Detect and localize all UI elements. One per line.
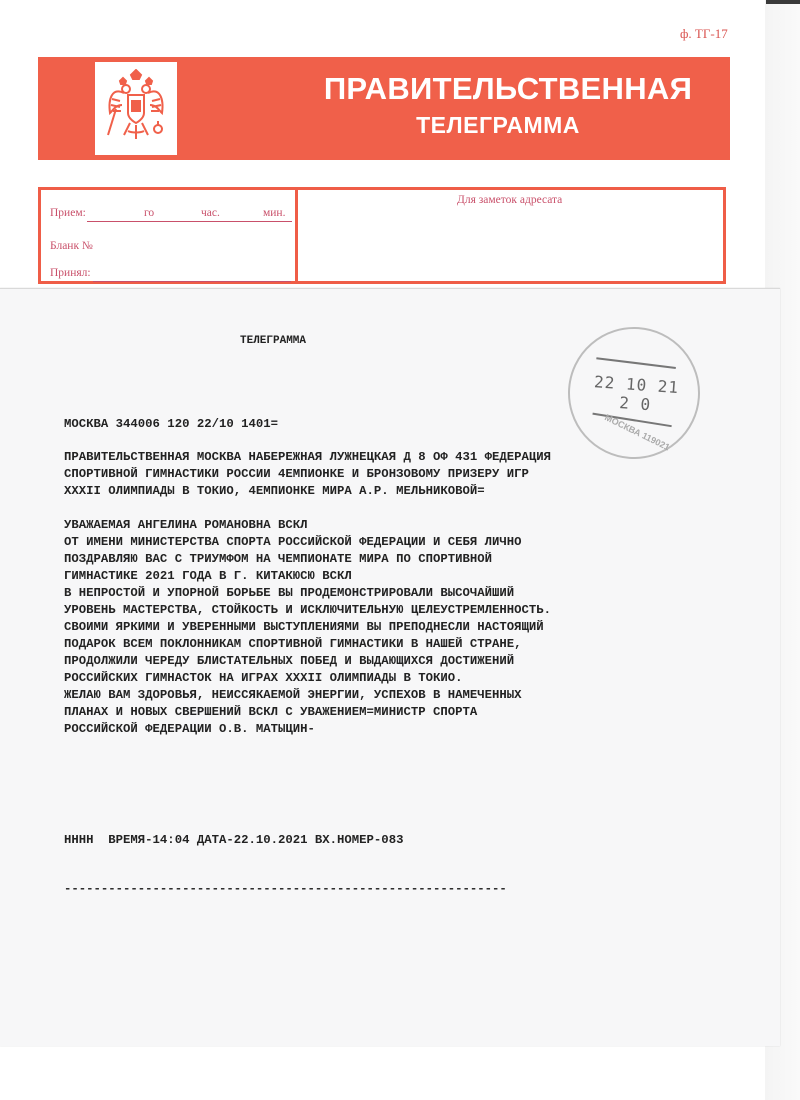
received-field-line[interactable] <box>87 221 292 222</box>
origin-line: МОСКВА 344006 120 22/10 1401= <box>64 416 278 433</box>
footer-line: НННН ВРЕМЯ-14:04 ДАТА-22.10.2021 ВХ.НОМЕ… <box>64 832 403 849</box>
header-subtitle: ТЕЛЕГРАММА <box>338 112 658 139</box>
body-line: УРОВЕНЬ МАСТЕРСТВА, СТОЙКОСТЬ И ИСКЛЮЧИТ… <box>64 602 551 619</box>
body-line: ГИМНАСТИКЕ 2021 ГОДА В Г. КИТАКЮСЮ ВСКЛ <box>64 568 352 585</box>
blank-number-label: Бланк № <box>50 240 93 252</box>
address-line: ПРАВИТЕЛЬСТВЕННАЯ МОСКВА НАБЕРЕЖНАЯ ЛУЖН… <box>64 449 551 466</box>
telegram-title: ТЕЛЕГРАММА <box>240 335 306 347</box>
stamp-line-top <box>596 357 676 368</box>
telegram-tape: ТЕЛЕГРАММА 22 10 21 2 0 МОСКВА 119021 МО… <box>0 288 780 1046</box>
stamp-city: МОСКВА 119021 <box>599 410 675 454</box>
accepted-label: Принял: <box>50 267 91 279</box>
day-label: го <box>144 207 154 219</box>
body-line: В НЕПРОСТОЙ И УПОРНОЙ БОРЬБЕ ВЫ ПРОДЕМОН… <box>64 585 514 602</box>
postmark-stamp: 22 10 21 2 0 МОСКВА 119021 <box>564 323 705 464</box>
header-band: ПРАВИТЕЛЬСТВЕННАЯ ТЕЛЕГРАММА <box>38 57 730 160</box>
body-line: УВАЖАЕМАЯ АНГЕЛИНА РОМАНОВНА ВСКЛ <box>64 517 308 534</box>
accepted-field-line[interactable] <box>93 281 291 282</box>
body-line: ЖЕЛАЮ ВАМ ЗДОРОВЬЯ, НЕИССЯКАЕМОЙ ЭНЕРГИИ… <box>64 687 522 704</box>
stamp-date: 22 10 21 2 0 <box>587 372 685 417</box>
min-label: мин. <box>263 207 285 219</box>
body-line: ПЛАНАХ И НОВЫХ СВЕРШЕНИЙ ВСКЛ С УВАЖЕНИЕ… <box>64 704 477 721</box>
russian-coat-of-arms-icon <box>104 69 168 149</box>
form-code: ф. ТГ-17 <box>680 26 728 42</box>
body-line: РОССИЙСКИХ ГИМНАСТОК НА ИГРАХ XXXII ОЛИМ… <box>64 670 462 687</box>
emblem-box <box>95 62 177 155</box>
body-line: ОТ ИМЕНИ МИНИСТЕРСТВА СПОРТА РОССИЙСКОЙ … <box>64 534 522 551</box>
scan-edge-dark <box>766 0 800 4</box>
body-line: ПРОДОЛЖИЛИ ЧЕРЕДУ БЛИСТАТЕЛЬНЫХ ПОБЕД И … <box>64 653 514 670</box>
header-title: ПРАВИТЕЛЬСТВЕННАЯ <box>308 71 708 107</box>
body-line: ПОДАРОК ВСЕМ ПОКЛОННИКАМ СПОРТИВНОЙ ГИМН… <box>64 636 522 653</box>
notes-label: Для заметок адресата <box>457 194 562 206</box>
reception-divider <box>295 190 298 281</box>
body-line: РОССИЙСКОЙ ФЕДЕРАЦИИ О.В. МАТЫЦИН- <box>64 721 315 738</box>
body-line: СВОИМИ ЯРКИМИ И УВЕРЕННЫМИ ВЫСТУПЛЕНИЯМИ… <box>64 619 544 636</box>
body-line: ПОЗДРАВЛЯЮ ВАС С ТРИУМФОМ НА ЧЕМПИОНАТЕ … <box>64 551 492 568</box>
received-label: Прием: <box>50 207 86 219</box>
address-line: XXXII ОЛИМПИАДЫ В ТОКИО, 4ЕМПИОНКЕ МИРА … <box>64 483 485 500</box>
address-line: СПОРТИВНОЙ ГИМНАСТИКИ РОССИИ 4ЕМПИОНКЕ И… <box>64 466 529 483</box>
hour-label: час. <box>201 207 220 219</box>
separator-line: ----------------------------------------… <box>64 882 507 896</box>
reception-box: Прием: го час. мин. Бланк № Принял: Для … <box>38 187 726 284</box>
